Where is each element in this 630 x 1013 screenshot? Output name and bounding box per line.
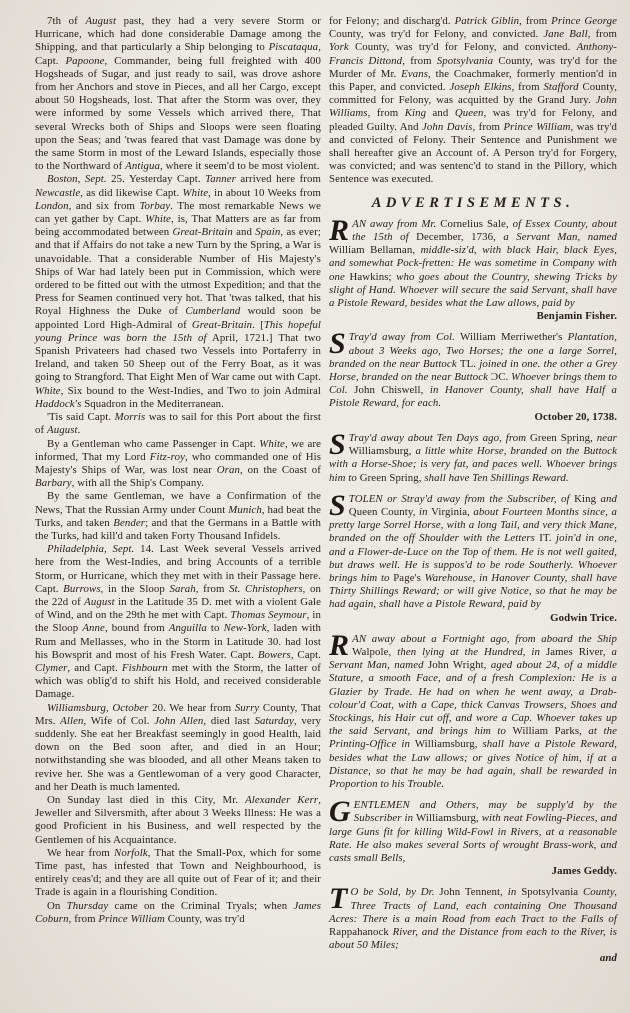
newspaper-page: 7th of August past, they had a very seve… <box>0 0 630 1013</box>
ad-text: O be Sold, by Dr. John Tennent, in Spots… <box>329 886 617 951</box>
news-paragraph: for Felony; and discharg'd. Patrick Gibl… <box>329 15 617 187</box>
advertisement: GENTLEMEN and Others, may be supply'd by… <box>329 799 617 865</box>
ad-signature: October 20, 1738. <box>329 411 617 424</box>
news-paragraph: 'Tis said Capt. Morris was to sail for t… <box>35 411 321 437</box>
news-paragraph: By a Gentleman who came Passenger in Cap… <box>35 438 321 491</box>
ad-text: Tray'd away about Ten Days ago, from Gre… <box>329 432 617 484</box>
drop-cap: S <box>329 493 349 518</box>
news-paragraph: Philadelphia, Sept. 14. Last Week severa… <box>35 543 321 701</box>
news-paragraph: Boston, Sept. 25. Yesterday Capt. Tanner… <box>35 173 321 411</box>
left-column: 7th of August past, they had a very seve… <box>35 15 321 926</box>
advertisements-header: ADVERTISEMENTS. <box>329 197 617 210</box>
news-paragraph: 7th of August past, they had a very seve… <box>35 15 321 173</box>
catchword: and <box>329 952 617 965</box>
advertisement: STray'd away about Ten Days ago, from Gr… <box>329 432 617 485</box>
ad-signature: Benjamin Fisher. <box>329 310 617 323</box>
drop-cap: R <box>329 633 352 658</box>
advertisement: TO be Sold, by Dr. John Tennent, in Spot… <box>329 886 617 952</box>
drop-cap: R <box>329 218 352 243</box>
ad-text: Tray'd away from Col. William Merriwethe… <box>329 331 617 409</box>
advertisement: STOLEN or Stray'd away from the Subscrib… <box>329 493 617 612</box>
right-column: for Felony; and discharg'd. Patrick Gibl… <box>329 15 617 966</box>
news-paragraph: On Sunday last died in this City, Mr. Al… <box>35 794 321 847</box>
advertisement: RAN away from Mr. Cornelius Sale, of Ess… <box>329 218 617 310</box>
news-paragraph: Williamsburg, October 20. We hear from S… <box>35 702 321 794</box>
ad-text: ENTLEMEN and Others, may be supply'd by … <box>329 799 617 864</box>
news-paragraph: By the same Gentleman, we have a Confirm… <box>35 490 321 543</box>
ad-text: AN away from Mr. Cornelius Sale, of Esse… <box>329 218 617 309</box>
news-paragraph: We hear from Norfolk, That the Small-Pox… <box>35 847 321 900</box>
ad-text: TOLEN or Stray'd away from the Subscribe… <box>329 493 617 611</box>
advertisement: RAN away about a Fortnight ago, from abo… <box>329 633 617 791</box>
ad-text: AN away about a Fortnight ago, from aboa… <box>329 633 617 790</box>
ad-signature: Godwin Trice. <box>329 612 617 625</box>
drop-cap: G <box>329 799 354 824</box>
news-paragraph: On Thursday came on the Criminal Tryals;… <box>35 900 321 926</box>
drop-cap: S <box>329 432 349 457</box>
drop-cap: T <box>329 886 350 911</box>
advertisement: STray'd away from Col. William Merriweth… <box>329 331 617 410</box>
drop-cap: S <box>329 331 349 356</box>
ad-signature: James Geddy. <box>329 865 617 878</box>
